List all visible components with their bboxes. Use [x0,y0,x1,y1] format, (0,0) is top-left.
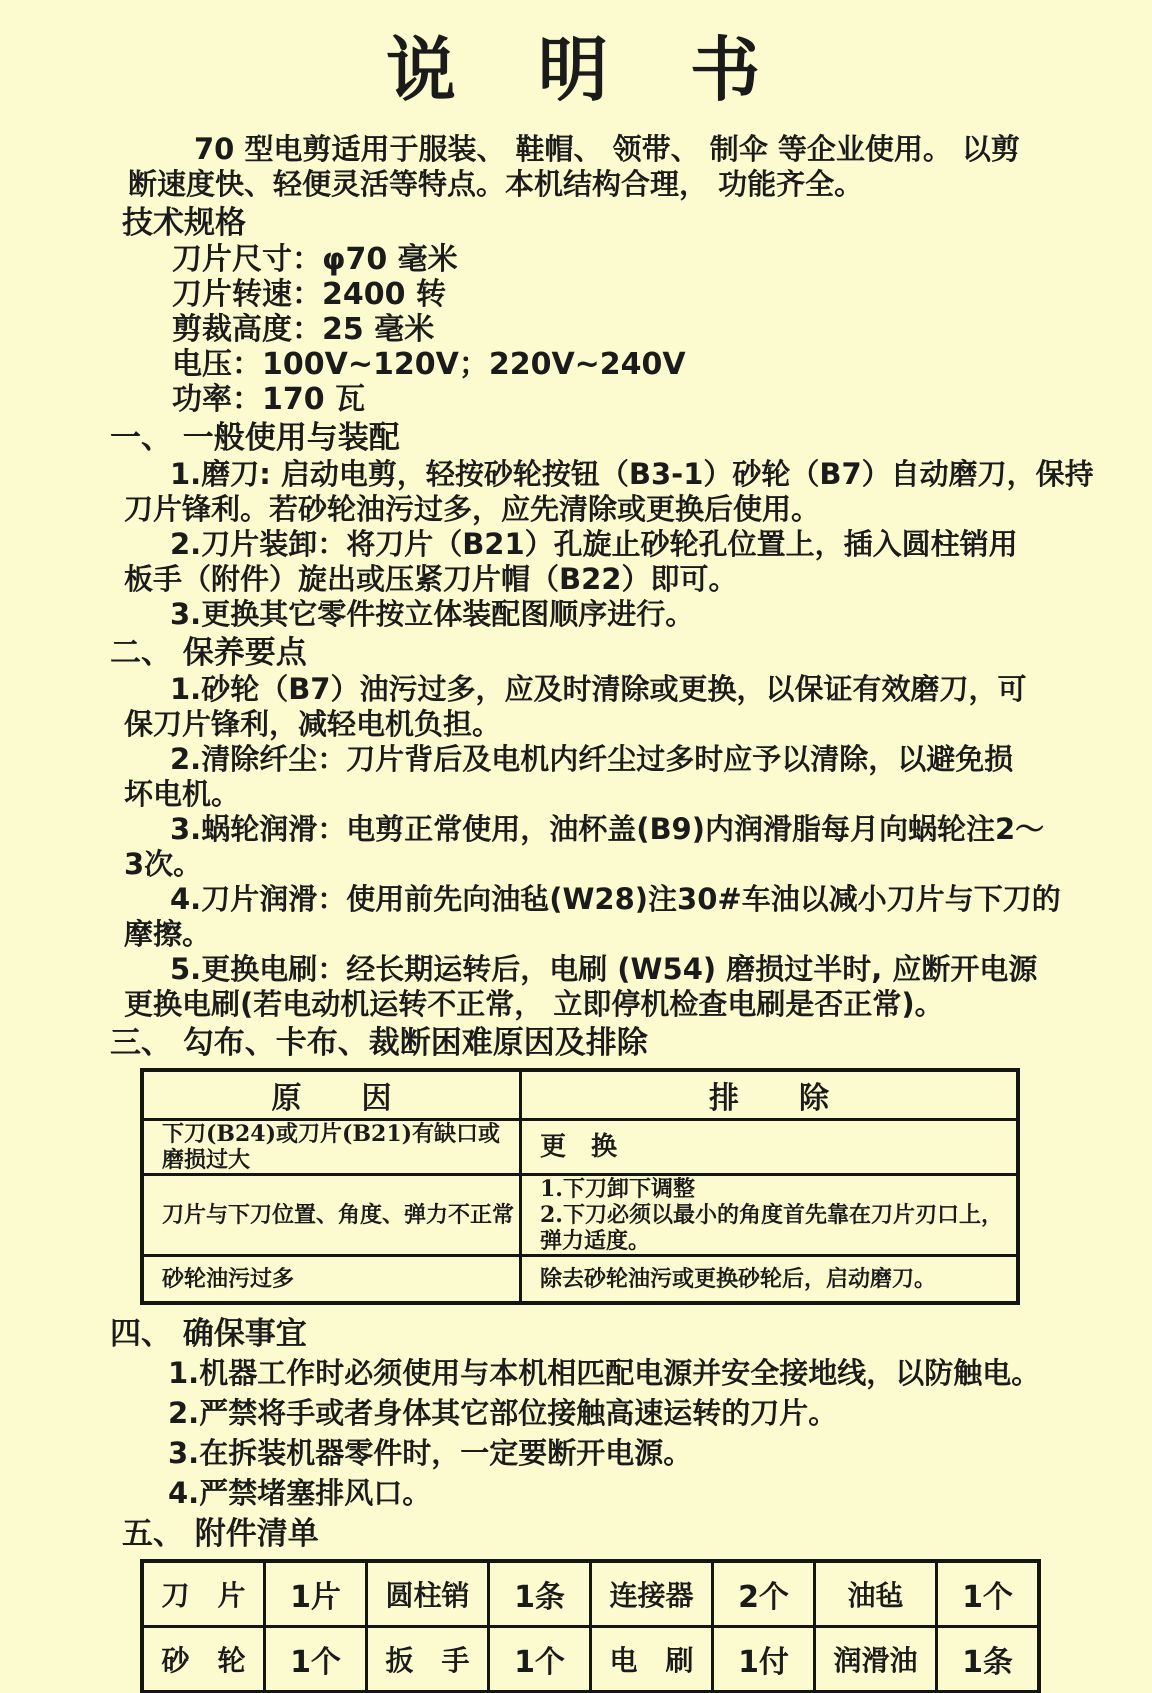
accessory-name-cell: 扳 手 [367,1627,489,1693]
remedy-line: 2.下刀必须以最小的角度首先靠在刀片刃口上，弹力适度。 [540,1202,1016,1254]
accessory-name-cell: 砂 轮 [142,1627,265,1693]
maintenance-line: 更换电刷(若电动机运转不正常， 立即停机检查电刷是否正常)。 [124,987,1132,1022]
remedy-cell: 更 换 [521,1120,1019,1175]
accessory-name-cell: 电 刷 [591,1627,713,1693]
accessory-qty-cell: 1个 [937,1561,1040,1627]
column-header-cause: 原 因 [142,1070,521,1120]
spec-item-cut-height: 剪裁高度：25 毫米 [172,312,1152,347]
remedy-line: 1.下刀卸下调整 [540,1176,1016,1202]
spec-item-power: 功率：170 瓦 [172,382,1152,417]
column-header-remedy: 排 除 [521,1070,1019,1120]
cause-cell: 刀片与下刀位置、角度、弹力不正常 [142,1175,521,1256]
accessory-qty-cell: 1条 [489,1561,591,1627]
maintenance-line: 5.更换电刷：经长期运转后，电刷 (W54) 磨损过半时, 应断开电源 [124,952,1132,987]
table-row: 砂轮油污过多 除去砂轮油污或更换砂轮后，启动磨刀。 [142,1256,1018,1304]
accessory-qty-cell: 1付 [713,1627,815,1693]
maintenance-line: 摩擦。 [124,917,1132,952]
accessory-name-cell: 刀 片 [142,1561,265,1627]
specs-heading: 技术规格 [122,204,1152,242]
manual-page: 说 明 书 70 型电剪适用于服装、 鞋帽、 领带、 制伞 等企业使用。 以剪 … [0,0,1152,1693]
accessory-qty-cell: 1片 [265,1561,367,1627]
table-header-row: 原 因 排 除 [142,1070,1018,1120]
accessory-qty-cell: 2个 [713,1561,815,1627]
spec-item-blade-size: 刀片尺寸：φ70 毫米 [172,242,1152,277]
remedy-line: 除去砂轮油污或更换砂轮后，启动磨刀。 [540,1266,1016,1292]
usage-line: 2.刀片装卸：将刀片（B21）孔旋止砂轮孔位置上，插入圆柱销用 [124,527,1132,562]
maintenance-line: 2.清除纤尘：刀片背后及电机内纤尘过多时应予以清除，以避免损 [124,742,1132,777]
maintenance-line: 1.砂轮（B7）油污过多，应及时清除或更换，以保证有效磨刀，可 [124,672,1132,707]
maintenance-line: 4.刀片润滑：使用前先向油毡(W28)注30#车油以减小刀片与下刀的 [124,882,1132,917]
safety-item: 1.机器工作时必须使用与本机相匹配电源并安全接地线，以防触电。 [168,1353,1152,1393]
usage-line: 1.磨刀: 启动电剪，轻按砂轮按钮（B3-1）砂轮（B7）自动磨刀，保持 [124,457,1132,492]
maintenance-line: 坏电机。 [124,777,1132,812]
section-heading-accessories: 五、 附件清单 [122,1515,1152,1553]
page-title: 说 明 书 [0,0,1152,110]
remedy-cell: 除去砂轮油污或更换砂轮后，启动磨刀。 [521,1256,1019,1304]
section-heading-maintenance: 二、 保养要点 [110,634,1152,672]
safety-item: 2.严禁将手或者身体其它部位接触高速运转的刀片。 [168,1393,1152,1433]
cause-cell: 砂轮油污过多 [142,1256,521,1304]
maintenance-line: 3次。 [124,847,1132,882]
usage-line: 刀片锋利。若砂轮油污过多，应先清除或更换后使用。 [124,492,1132,527]
intro-line: 断速度快、轻便灵活等特点。本机结构合理， 功能齐全。 [128,167,1122,202]
section-heading-usage: 一、 一般使用与装配 [110,419,1152,457]
accessory-name-cell: 润滑油 [815,1627,937,1693]
accessories-table: 刀 片 1片 圆柱销 1条 连接器 2个 油毡 1个 砂 轮 1个 扳 手 1个… [140,1559,1041,1693]
troubleshooting-table: 原 因 排 除 下刀(B24)或刀片(B21)有缺口或磨损过大 更 换 刀片与下… [140,1068,1020,1305]
accessory-name-cell: 连接器 [591,1561,713,1627]
table-row: 刀片与下刀位置、角度、弹力不正常 1.下刀卸下调整 2.下刀必须以最小的角度首先… [142,1175,1018,1256]
intro-line: 70 型电剪适用于服装、 鞋帽、 领带、 制伞 等企业使用。 以剪 [128,132,1122,167]
usage-line: 3.更换其它零件按立体装配图顺序进行。 [124,597,1132,632]
accessory-qty-cell: 1个 [265,1627,367,1693]
spec-item-voltage: 电压：100V~120V；220V~240V [172,347,1152,382]
accessories-row: 砂 轮 1个 扳 手 1个 电 刷 1付 润滑油 1条 [142,1627,1039,1693]
section-heading-safety: 四、 确保事宜 [110,1315,1152,1353]
maintenance-line: 保刀片锋利，减轻电机负担。 [124,707,1132,742]
accessory-name-cell: 油毡 [815,1561,937,1627]
cause-cell: 下刀(B24)或刀片(B21)有缺口或磨损过大 [142,1120,521,1175]
accessories-row: 刀 片 1片 圆柱销 1条 连接器 2个 油毡 1个 [142,1561,1039,1627]
accessory-name-cell: 圆柱销 [367,1561,489,1627]
spec-item-blade-speed: 刀片转速：2400 转 [172,277,1152,312]
accessory-qty-cell: 1个 [489,1627,591,1693]
table-row: 下刀(B24)或刀片(B21)有缺口或磨损过大 更 换 [142,1120,1018,1175]
section-heading-troubleshooting: 三、 勾布、卡布、裁断困难原因及排除 [110,1024,1152,1062]
remedy-cell: 1.下刀卸下调整 2.下刀必须以最小的角度首先靠在刀片刃口上，弹力适度。 [521,1175,1019,1256]
safety-item: 4.严禁堵塞排风口。 [168,1473,1152,1513]
remedy-line: 更 换 [540,1134,1016,1160]
accessory-qty-cell: 1条 [937,1627,1040,1693]
maintenance-line: 3.蜗轮润滑：电剪正常使用，油杯盖(B9)内润滑脂每月向蜗轮注2～ [124,812,1132,847]
safety-item: 3.在拆装机器零件时，一定要断开电源。 [168,1433,1152,1473]
usage-line: 板手（附件）旋出或压紧刀片帽（B22）即可。 [124,562,1132,597]
